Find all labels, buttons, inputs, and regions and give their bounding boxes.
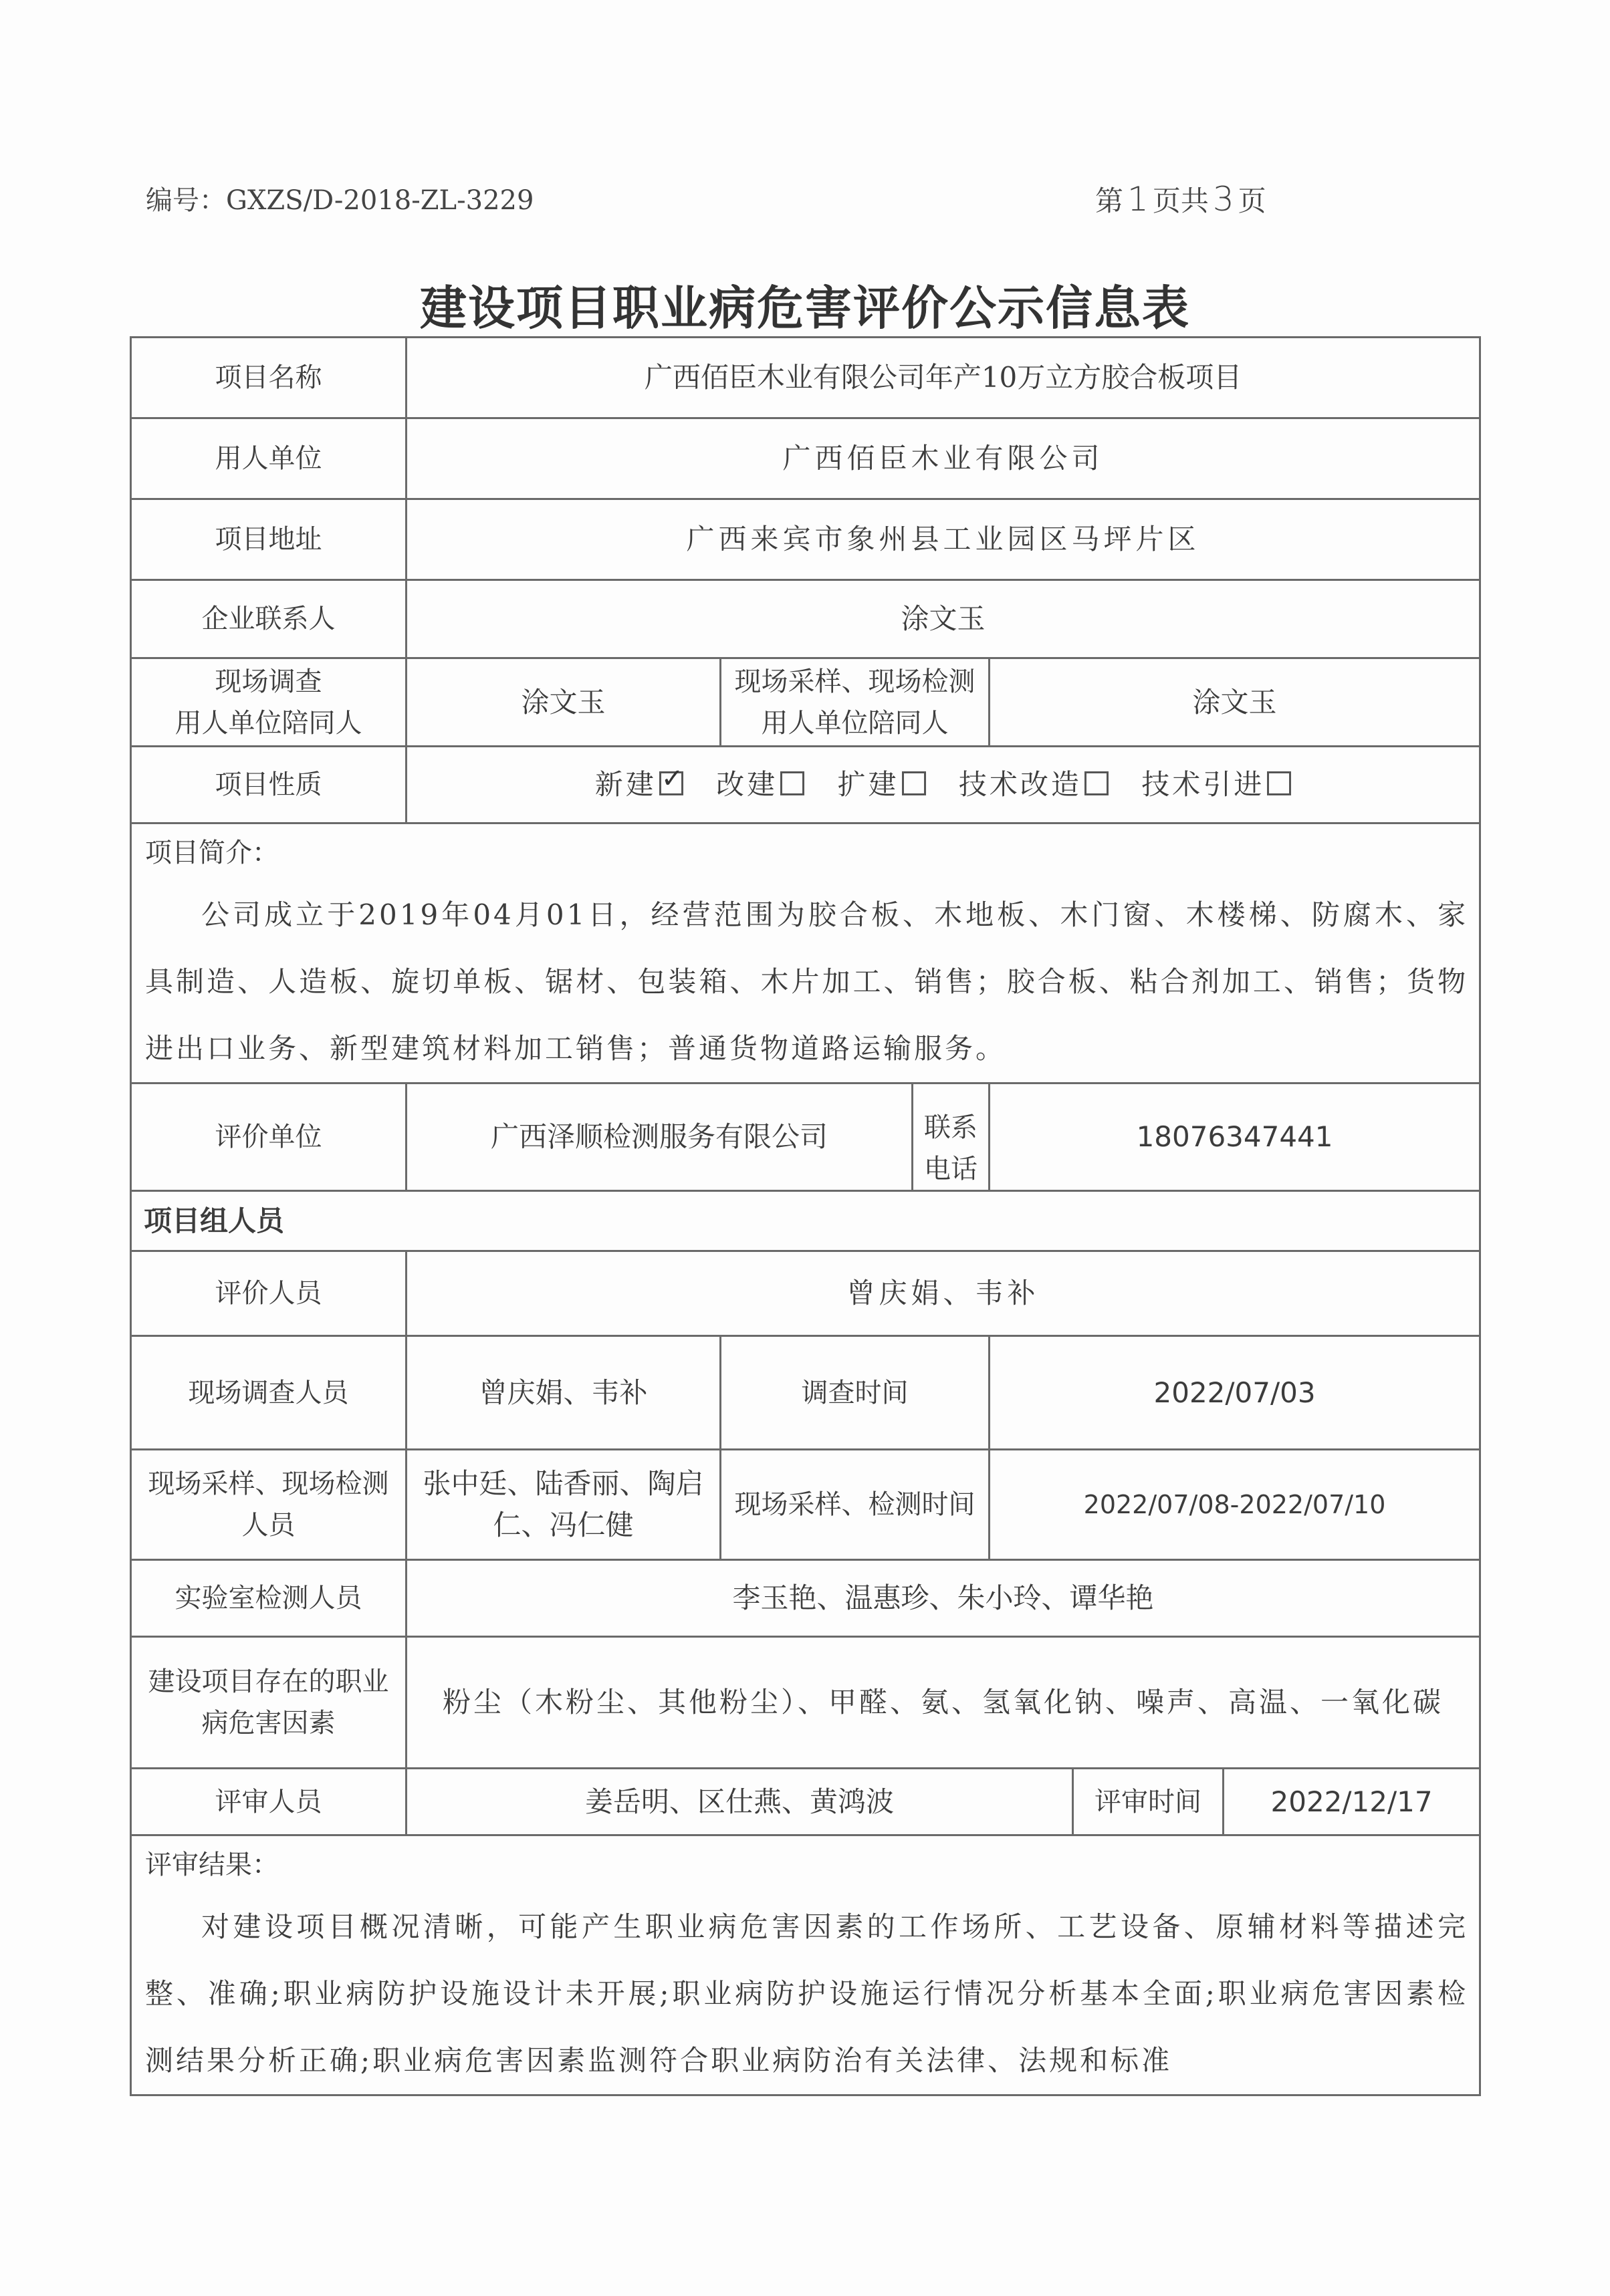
info-table: 项目名称 广西佰臣木业有限公司年产10万立方胶合板项目 用人单位 广西佰臣木业有… (130, 336, 1481, 2096)
employer-label: 用人单位 (131, 418, 407, 499)
checkbox-icon[interactable] (1267, 771, 1291, 795)
eval-unit-value: 广西泽顺检测服务有限公司 (407, 1083, 913, 1191)
row-review-result: 评审结果： 对建设项目概况清晰，可能产生职业病危害因素的工作场所、工艺设备、原辅… (131, 1835, 1480, 2095)
row-address: 项目地址 广西来宾市象州县工业园区马坪片区 (131, 499, 1480, 580)
address-value: 广西来宾市象州县工业园区马坪片区 (407, 499, 1480, 580)
row-contact: 企业联系人 涂文玉 (131, 580, 1480, 658)
row-lab-staff: 实验室检测人员 李玉艳、温惠珍、朱小玲、谭华艳 (131, 1560, 1480, 1637)
project-name-label: 项目名称 (131, 338, 407, 418)
document-title: 建设项目职业病危害评价公示信息表 (0, 271, 1610, 338)
evaluators-value: 曾庆娟、韦补 (407, 1251, 1480, 1336)
evaluators-label: 评价人员 (131, 1251, 407, 1336)
nature-option-tech-import[interactable]: 技术引进 (1141, 768, 1291, 801)
row-evaluation-unit: 评价单位 广西泽顺检测服务有限公司 联系电话 18076347441 (131, 1083, 1480, 1191)
survey-escort-value: 涂文玉 (407, 658, 721, 747)
row-evaluators: 评价人员 曾庆娟、韦补 (131, 1251, 1480, 1336)
checkbox-icon[interactable] (1084, 771, 1109, 795)
page-mid: 页共 (1153, 184, 1209, 217)
page-current: 1 (1127, 180, 1149, 219)
row-project-name: 项目名称 广西佰臣木业有限公司年产10万立方胶合板项目 (131, 338, 1480, 418)
document-number-label: 编号： (146, 185, 226, 216)
sampling-time-label: 现场采样、检测时间 (721, 1450, 990, 1560)
review-result-block: 评审结果： 对建设项目概况清晰，可能产生职业病危害因素的工作场所、工艺设备、原辅… (131, 1835, 1480, 2095)
review-result-label: 评审结果： (145, 1844, 1468, 1886)
nature-option-new[interactable]: 新建 (595, 768, 683, 801)
row-intro: 项目简介： 公司成立于2019年04月01日，经营范围为胶合板、木地板、木门窗、… (131, 823, 1480, 1083)
sampling-escort-value: 涂文玉 (990, 658, 1480, 747)
team-section-title: 项目组人员 (131, 1191, 1480, 1251)
contact-label: 企业联系人 (131, 580, 407, 658)
employer-value: 广西佰臣木业有限公司 (407, 418, 1480, 499)
review-time-value: 2022/12/17 (1224, 1769, 1480, 1835)
checkbox-icon[interactable] (780, 771, 804, 795)
sampling-staff-value: 张中廷、陆香丽、陶启仁、冯仁健 (407, 1450, 721, 1560)
lab-staff-value: 李玉艳、温惠珍、朱小玲、谭华艳 (407, 1560, 1480, 1637)
option-label: 扩建 (838, 768, 899, 801)
page-total: 3 (1213, 180, 1234, 219)
address-label: 项目地址 (131, 499, 407, 580)
survey-time-label: 调查时间 (721, 1336, 990, 1450)
survey-escort-label: 现场调查 用人单位陪同人 (131, 658, 407, 747)
intro-block: 项目简介： 公司成立于2019年04月01日，经营范围为胶合板、木地板、木门窗、… (131, 823, 1480, 1083)
survey-staff-value: 曾庆娟、韦补 (407, 1336, 721, 1450)
eval-unit-label: 评价单位 (131, 1083, 407, 1191)
phone-value: 18076347441 (990, 1083, 1480, 1191)
page-prefix: 第 (1095, 184, 1123, 217)
survey-staff-label: 现场调查人员 (131, 1336, 407, 1450)
nature-options: 新建 改建 扩建 技术改造 技术引进 (407, 747, 1480, 823)
reviewers-label: 评审人员 (131, 1769, 407, 1835)
hazards-label: 建设项目存在的职业病危害因素 (131, 1637, 407, 1769)
row-escorts: 现场调查 用人单位陪同人 涂文玉 现场采样、现场检测 用人单位陪同人 涂文玉 (131, 658, 1480, 747)
page-suffix: 页 (1238, 184, 1266, 217)
document-number: 编号：GXZS/D-2018-ZL-3229 (146, 179, 534, 217)
sampling-staff-label: 现场采样、现场检测人员 (131, 1450, 407, 1560)
nature-option-rebuild[interactable]: 改建 (716, 768, 804, 801)
row-reviewers: 评审人员 姜岳明、区仕燕、黄鸿波 评审时间 2022/12/17 (131, 1769, 1480, 1835)
hazards-value: 粉尘（木粉尘、其他粉尘）、甲醛、氨、氢氧化钠、噪声、高温、一氧化碳 (407, 1637, 1480, 1769)
intro-text: 公司成立于2019年04月01日，经营范围为胶合板、木地板、木门窗、木楼梯、防腐… (145, 882, 1468, 1082)
option-label: 改建 (716, 768, 778, 801)
contact-value: 涂文玉 (407, 580, 1480, 658)
survey-time-value: 2022/07/03 (990, 1336, 1480, 1450)
checkbox-checked-icon[interactable] (659, 771, 683, 795)
review-result-text: 对建设项目概况清晰，可能产生职业病危害因素的工作场所、工艺设备、原辅材料等描述完… (145, 1894, 1468, 2094)
sampling-escort-label: 现场采样、现场检测 用人单位陪同人 (721, 658, 990, 747)
nature-option-expand[interactable]: 扩建 (838, 768, 926, 801)
row-nature: 项目性质 新建 改建 扩建 技术改造 技术引进 (131, 747, 1480, 823)
row-hazards: 建设项目存在的职业病危害因素 粉尘（木粉尘、其他粉尘）、甲醛、氨、氢氧化钠、噪声… (131, 1637, 1480, 1769)
review-time-label: 评审时间 (1073, 1769, 1224, 1835)
reviewers-value: 姜岳明、区仕燕、黄鸿波 (407, 1769, 1073, 1835)
sampling-time-value: 2022/07/08-2022/07/10 (990, 1450, 1480, 1560)
option-label: 技术引进 (1141, 768, 1264, 801)
checkbox-icon[interactable] (902, 771, 926, 795)
nature-label: 项目性质 (131, 747, 407, 823)
option-label: 技术改造 (959, 768, 1082, 801)
row-team-section: 项目组人员 (131, 1191, 1480, 1251)
lab-staff-label: 实验室检测人员 (131, 1560, 407, 1637)
option-label: 新建 (595, 768, 657, 801)
row-sampling: 现场采样、现场检测人员 张中廷、陆香丽、陶启仁、冯仁健 现场采样、检测时间 20… (131, 1450, 1480, 1560)
phone-label: 联系电话 (913, 1083, 990, 1191)
page-indicator: 第1页共3页 (1095, 179, 1266, 219)
row-employer: 用人单位 广西佰臣木业有限公司 (131, 418, 1480, 499)
document-number-value: GXZS/D-2018-ZL-3229 (226, 185, 534, 216)
intro-label: 项目简介： (145, 832, 1468, 874)
nature-option-tech-upgrade[interactable]: 技术改造 (959, 768, 1109, 801)
row-survey: 现场调查人员 曾庆娟、韦补 调查时间 2022/07/03 (131, 1336, 1480, 1450)
project-name-value: 广西佰臣木业有限公司年产10万立方胶合板项目 (407, 338, 1480, 418)
